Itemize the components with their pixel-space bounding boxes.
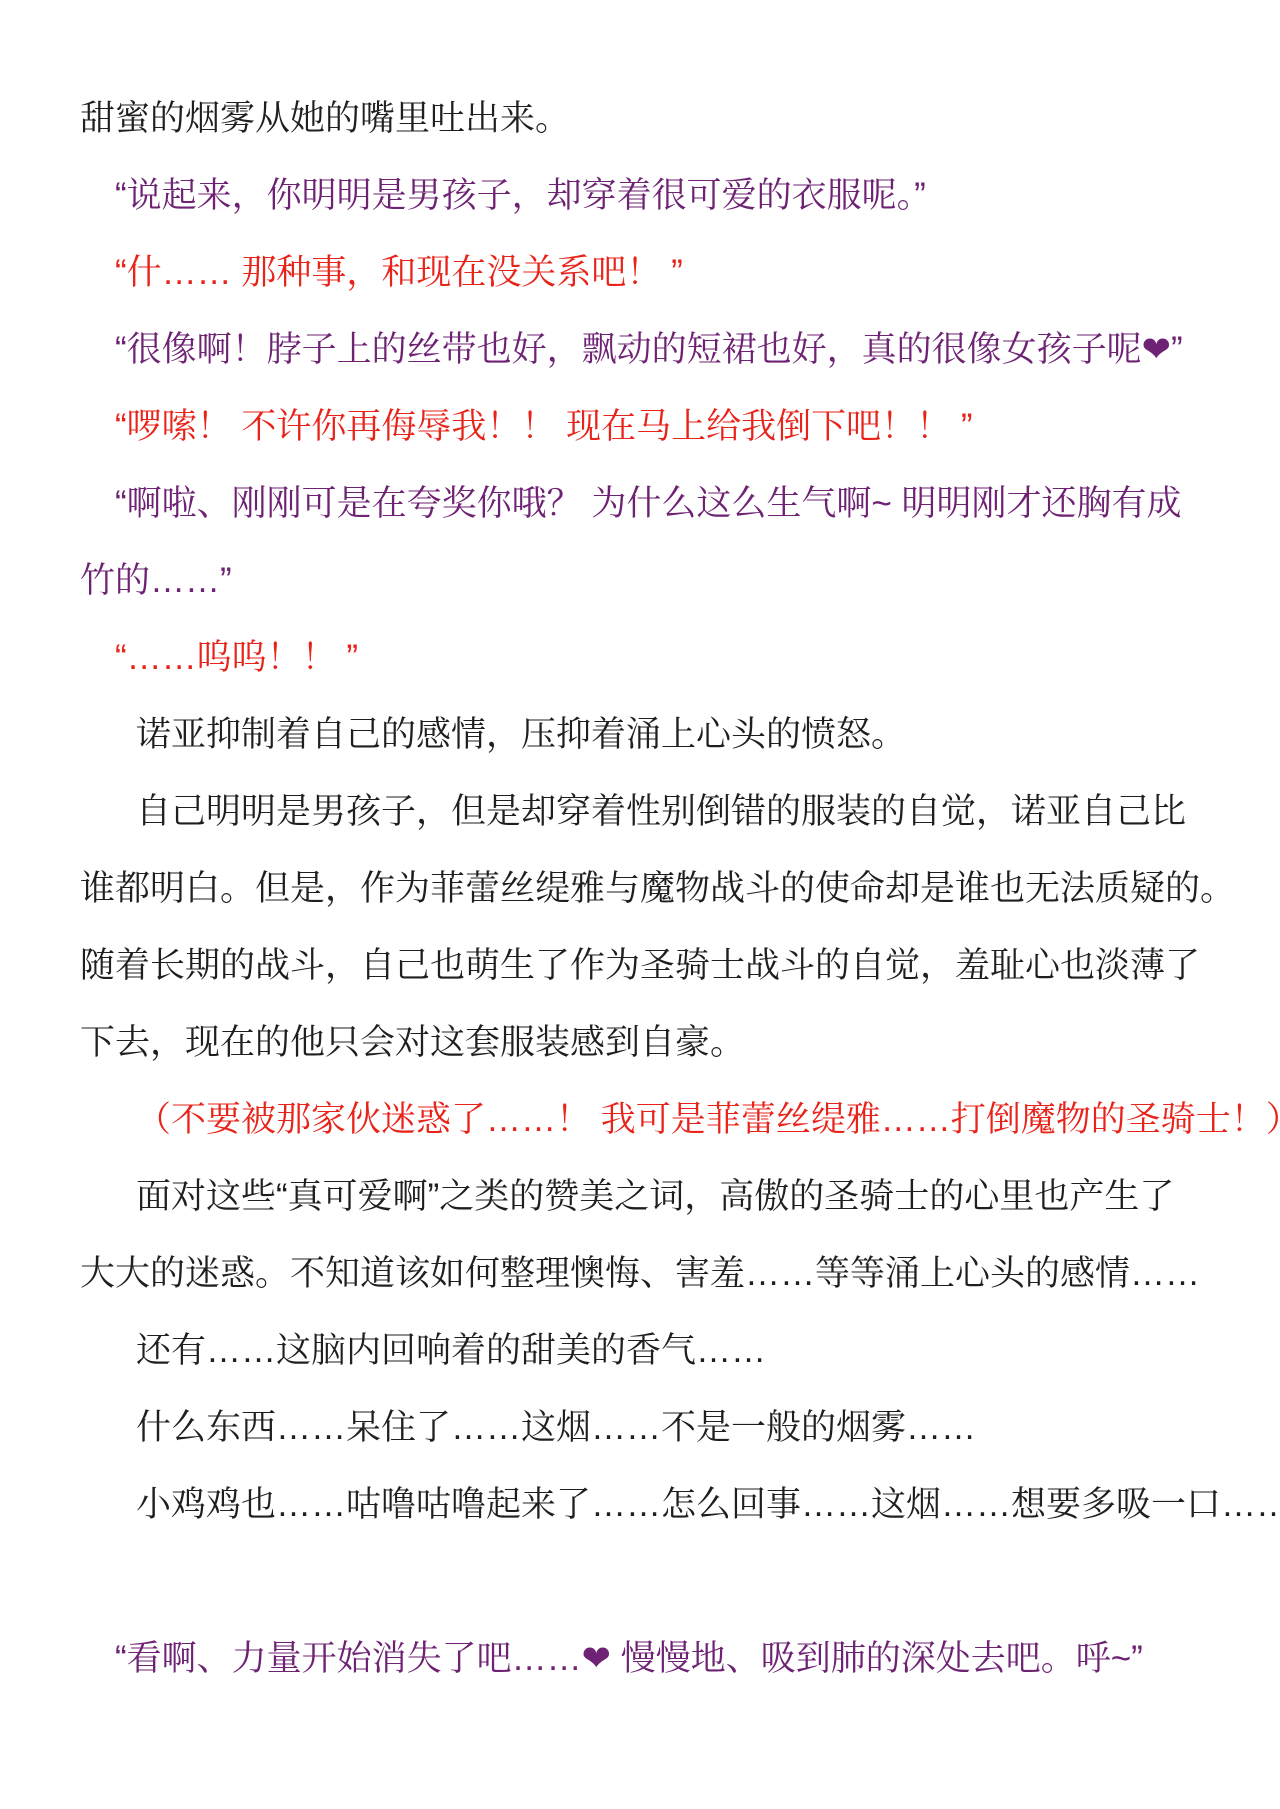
dialogue-line: “什…… 那种事，和现在没关系吧！ ” — [80, 234, 1250, 311]
narration-line: 自己明明是男孩子，但是却穿着性别倒错的服装的自觉，诺亚自己比 — [80, 773, 1250, 850]
document-body: { "page": { "type": "novel-text-page", "… — [0, 0, 1280, 1809]
narration-line: 还有……这脑内回响着的甜美的香气…… — [80, 1312, 1250, 1389]
dialogue-line-continuation: 竹的……” — [80, 542, 1250, 619]
narration-line: 诺亚抑制着自己的感情，压抑着涌上心头的愤怒。 — [80, 696, 1250, 773]
narration-line-continuation: 大大的迷惑。不知道该如何整理懊悔、害羞……等等涌上心头的感情…… — [80, 1235, 1250, 1312]
narration-line: 甜蜜的烟雾从她的嘴里吐出来。 — [80, 80, 1250, 157]
narration-line: 什么东西……呆住了……这烟……不是一般的烟雾…… — [80, 1389, 1250, 1466]
narration-line-continuation: 随着长期的战斗，自己也萌生了作为圣骑士战斗的自觉，羞耻心也淡薄了 — [80, 927, 1250, 1004]
novel-page: 甜蜜的烟雾从她的嘴里吐出来。 “说起来，你明明是男孩子，却穿着很可爱的衣服呢。”… — [0, 0, 1280, 1809]
inner-thought-line: （不要被那家伙迷惑了……！ 我可是菲蕾丝缇雅……打倒魔物的圣骑士！） — [80, 1081, 1250, 1158]
dialogue-line: “啰嗦！ 不许你再侮辱我！！ 现在马上给我倒下吧！！ ” — [80, 388, 1250, 465]
narration-line: 面对这些“真可爱啊”之类的赞美之词，高傲的圣骑士的心里也产生了 — [80, 1158, 1250, 1235]
dialogue-line: “……呜呜！！ ” — [80, 619, 1250, 696]
dialogue-line: “看啊、力量开始消失了吧……❤ 慢慢地、吸到肺的深处去吧。呼~” — [80, 1620, 1250, 1697]
blank-line — [80, 1543, 1250, 1620]
narration-line-continuation: 谁都明白。但是，作为菲蕾丝缇雅与魔物战斗的使命却是谁也无法质疑的。 — [80, 850, 1250, 927]
narration-line-continuation: 下去，现在的他只会对这套服装感到自豪。 — [80, 1004, 1250, 1081]
dialogue-line: “很像啊！脖子上的丝带也好，飘动的短裙也好，真的很像女孩子呢❤” — [80, 311, 1250, 388]
narration-line: 小鸡鸡也……咕噜咕噜起来了……怎么回事……这烟……想要多吸一口…… — [80, 1466, 1250, 1543]
dialogue-line: “说起来，你明明是男孩子，却穿着很可爱的衣服呢。” — [80, 157, 1250, 234]
dialogue-line: “啊啦、刚刚可是在夸奖你哦？ 为什么这么生气啊~ 明明刚才还胸有成 — [80, 465, 1250, 542]
